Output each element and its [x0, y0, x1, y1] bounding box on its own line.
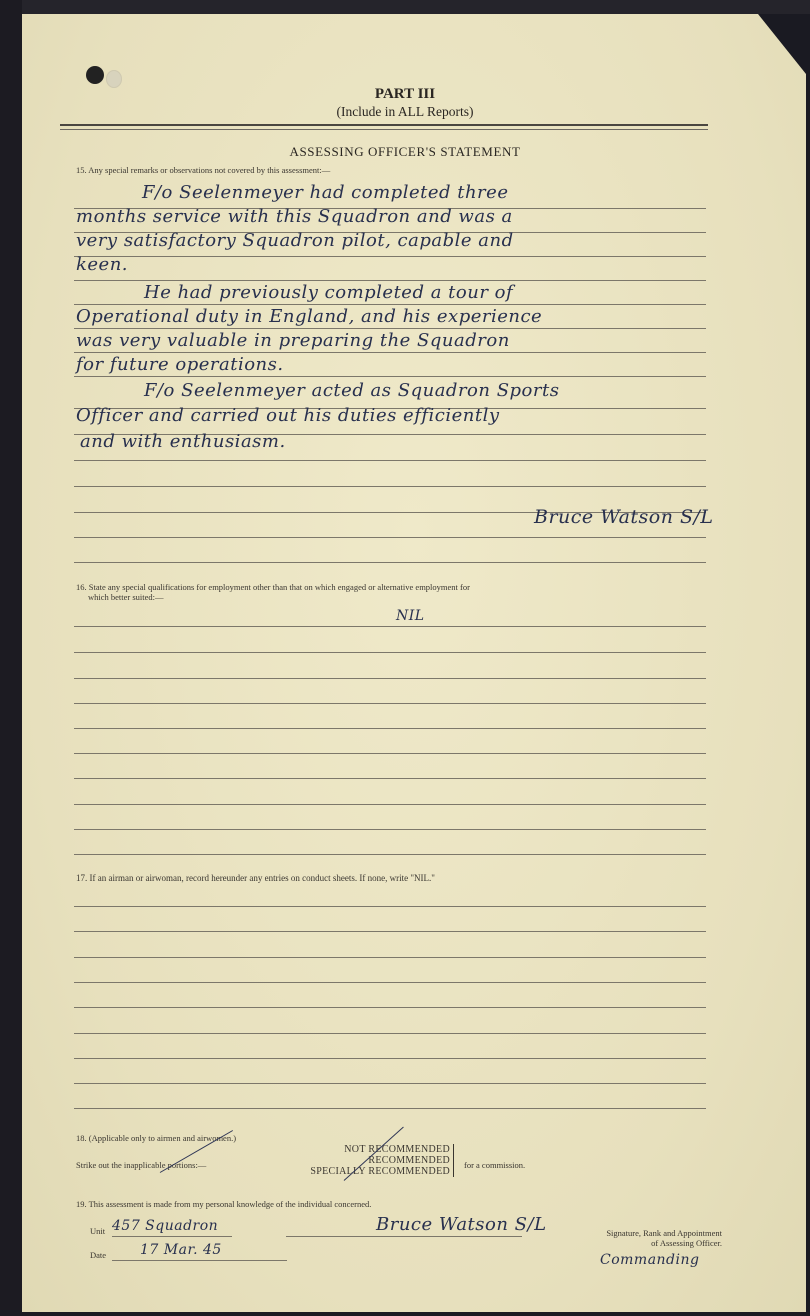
- ruled-line: [74, 304, 706, 305]
- ruled-line: [74, 626, 706, 627]
- options-bracket: [453, 1144, 454, 1177]
- ruled-line: [74, 703, 706, 704]
- scan-top-edge: [0, 0, 810, 14]
- ruled-line: [74, 537, 706, 538]
- q19-label: 19. This assessment is made from my pers…: [76, 1199, 371, 1209]
- scan-left-edge: [0, 0, 22, 1316]
- q18-suffix: for a commission.: [464, 1160, 525, 1170]
- signature-line: [286, 1236, 522, 1237]
- ruled-line: [74, 778, 706, 779]
- q16-answer: NIL: [396, 608, 425, 624]
- q15-text-line: Officer and carried out his duties effic…: [76, 405, 500, 426]
- commission-options: NOT RECOMMENDED RECOMMENDED SPECIALLY RE…: [270, 1144, 450, 1177]
- ruled-line: [74, 982, 706, 983]
- q15-text-line: Operational duty in England, and his exp…: [76, 306, 542, 327]
- ruled-line: [74, 1058, 706, 1059]
- signature-label-line: Signature, Rank and Appointment: [572, 1228, 722, 1238]
- ruled-line: [74, 1083, 706, 1084]
- q18-strike-label: Strike out the inapplicable portions:—: [76, 1160, 206, 1170]
- q15-label: 15. Any special remarks or observations …: [76, 165, 330, 175]
- ruled-line: [74, 376, 706, 377]
- section-title: ASSESSING OFFICER'S STATEMENT: [0, 144, 810, 160]
- ruled-line: [74, 1007, 706, 1008]
- ruled-line: [74, 829, 706, 830]
- q15-signature: Bruce Watson S/L: [534, 506, 714, 528]
- unit-line: [112, 1236, 232, 1237]
- unit-label: Unit: [90, 1226, 105, 1236]
- ruled-line: [74, 854, 706, 855]
- ruled-line: [74, 1033, 706, 1034]
- part-title: PART III: [0, 86, 810, 103]
- part-subtitle: (Include in ALL Reports): [0, 104, 810, 120]
- ruled-line: [74, 460, 706, 461]
- header-divider: [60, 124, 708, 130]
- q15-text-line: was very valuable in preparing the Squad…: [76, 330, 510, 351]
- ruled-line: [74, 957, 706, 958]
- q15-text-line: very satisfactory Squadron pilot, capabl…: [76, 230, 514, 251]
- ruled-line: [74, 652, 706, 653]
- q15-text-line: keen.: [76, 254, 128, 275]
- ruled-line: [74, 804, 706, 805]
- appointment-value[interactable]: Commanding: [600, 1252, 699, 1268]
- signature-label: Signature, Rank and Appointment of Asses…: [572, 1228, 722, 1248]
- date-label: Date: [90, 1250, 106, 1260]
- q15-text-line: F/o Seelenmeyer had completed three: [142, 182, 508, 203]
- q16-label-line: 16. State any special qualifications for…: [76, 582, 470, 592]
- ruled-line: [74, 753, 706, 754]
- ruled-line: [74, 486, 706, 487]
- option-not-recommended[interactable]: NOT RECOMMENDED: [270, 1144, 450, 1155]
- scan-bottom-edge: [0, 1312, 810, 1316]
- q15-text-line: months service with this Squadron and wa…: [76, 206, 513, 227]
- assessor-signature[interactable]: Bruce Watson S/L: [376, 1214, 547, 1235]
- ruled-line: [74, 256, 706, 257]
- q16-label: 16. State any special qualifications for…: [76, 582, 470, 602]
- date-line: [112, 1260, 287, 1261]
- ruled-line: [74, 328, 706, 329]
- ruled-line: [74, 931, 706, 932]
- punch-hole-icon: [86, 66, 104, 84]
- ruled-line: [74, 1108, 706, 1109]
- q15-text-line: and with enthusiasm.: [80, 431, 286, 452]
- ruled-line: [74, 352, 706, 353]
- q15-text-line: He had previously completed a tour of: [144, 282, 513, 303]
- signature-label-line: of Assessing Officer.: [572, 1238, 722, 1248]
- date-value[interactable]: 17 Mar. 45: [140, 1242, 222, 1258]
- q17-label: 17. If an airman or airwoman, record her…: [76, 873, 435, 883]
- folded-corner: [758, 14, 806, 74]
- ruled-line: [74, 562, 706, 563]
- ruled-line: [74, 906, 706, 907]
- ruled-line: [74, 678, 706, 679]
- q15-text-line: for future operations.: [76, 354, 284, 375]
- ruled-line: [74, 728, 706, 729]
- ruled-line: [74, 280, 706, 281]
- q15-text-line: F/o Seelenmeyer acted as Squadron Sports: [144, 380, 559, 401]
- unit-value[interactable]: 457 Squadron: [112, 1218, 218, 1234]
- q16-label-line: which better suited:—: [76, 592, 470, 602]
- option-specially-recommended[interactable]: SPECIALLY RECOMMENDED: [270, 1166, 450, 1177]
